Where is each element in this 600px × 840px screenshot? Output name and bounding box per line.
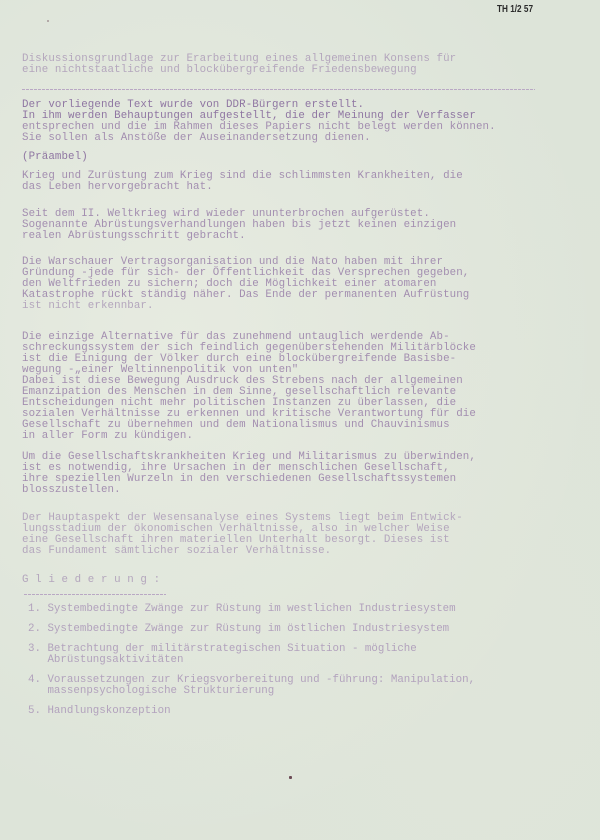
para3-line-5: ist nicht erkennbar. [22,301,154,313]
outline-heading: G l i e d e r u n g : [22,575,160,587]
speck [47,20,49,22]
outline-item-2: 2. Systembedingte Zwänge zur Rüstung im … [28,624,449,636]
outline-heading-underline [24,594,166,595]
intro-line-4: Sie sollen als Anstöße der Auseinanderse… [22,133,371,145]
outline-item-1: 1. Systembedingte Zwänge zur Rüstung im … [28,604,456,616]
para5-line-4: das Fundament sämtlicher sozialer Verhäl… [22,546,331,558]
para4-line-14: blosszustellen. [22,485,121,497]
preamble-heading: (Präambel) [22,152,88,164]
outline-item-3-line-2: Abrüstungsaktivitäten [28,655,184,667]
outline-item-4-line-2: massenpsychologische Strukturierung [28,686,274,698]
ink-speck [289,776,292,779]
document-page: TH 1/2 57 Diskussionsgrundlage zur Erarb… [0,0,600,840]
para4-line-10: in aller Form zu kündigen. [22,431,193,443]
outline-item-5: 5. Handlungskonzeption [28,706,171,718]
title-line-2: eine nichtstaatliche und blockübergreife… [22,65,417,77]
title-underline [22,89,535,90]
para1-line-2: das Leben hervorgebracht hat. [22,182,213,194]
para2-line-3: realen Abrüstungsschritt gebracht. [22,231,246,243]
archive-reference: TH 1/2 57 [497,4,533,15]
